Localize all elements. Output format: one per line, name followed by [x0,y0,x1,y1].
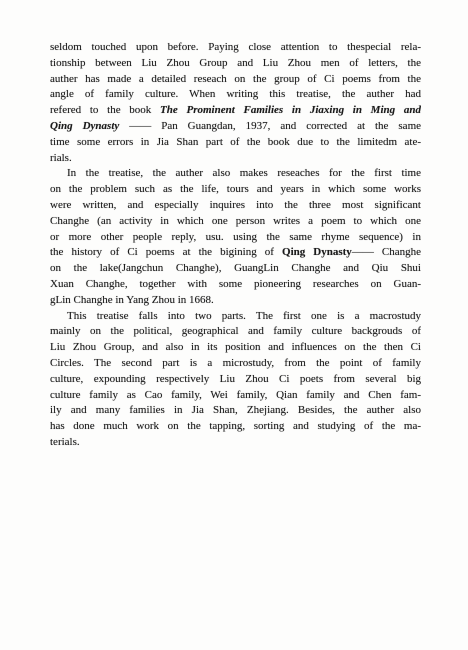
text-segment: the history of Ci poems at the bigining … [50,246,282,258]
text-segment: or more other people reply, usu. using t… [50,231,421,243]
text-line: culture, expounding respectively Liu Zho… [50,372,421,388]
text-segment: terials. [50,436,80,448]
text-segment: ily and many families in Jia Shan, Zheji… [50,404,421,416]
text-line: ily and many families in Jia Shan, Zheji… [50,403,421,419]
text-segment: Liu Zhou Group, and also in its position… [50,341,421,353]
text-segment: Xuan Changhe, together with some pioneer… [50,278,421,290]
text-line: or more other people reply, usu. using t… [50,230,421,246]
paragraph-3: This treatise falls into two parts. The … [50,309,421,451]
text-line: This treatise falls into two parts. The … [50,309,421,325]
book-title-emphasis: The Prominent Families in Jiaxing in Min… [160,104,421,116]
text-segment: time some errors in Jia Shan part of the… [50,136,421,148]
text-line: gLin Changhe in Yang Zhou in 1668. [50,293,421,309]
text-segment: on the lake(Jangchun Changhe), GuangLin … [50,262,421,274]
text-line: angle of family culture. When writing th… [50,87,421,103]
text-line: tionship between Liu Zhou Group and Liu … [50,56,421,72]
text-segment: auther has made a detailed reseach on th… [50,73,421,85]
text-segment: angle of family culture. When writing th… [50,88,421,100]
text-segment: culture, expounding respectively Liu Zho… [50,373,421,385]
text-segment: —— Changhe [352,246,421,258]
text-line: on the lake(Jangchun Changhe), GuangLin … [50,261,421,277]
text-line: terials. [50,435,421,451]
text-line: refered to the book The Prominent Famili… [50,103,421,119]
text-line: the history of Ci poems at the bigining … [50,245,421,261]
text-line: Changhe (an activity in which one person… [50,214,421,230]
text-line: Qing Dynasty —— Pan Guangdan, 1937, and … [50,119,421,135]
bold-text: Qing Dynasty [282,246,352,258]
text-segment: tionship between Liu Zhou Group and Liu … [50,57,421,69]
text-segment: were written, and especially inquires in… [50,199,421,211]
text-segment: culture family as Cao family, Wei family… [50,389,421,401]
abstract-text: seldom touched upon before. Paying close… [50,40,421,451]
text-line: seldom touched upon before. Paying close… [50,40,421,56]
text-line: on the problem such as the life, tours a… [50,182,421,198]
text-line: has done much work on the tapping, sorti… [50,419,421,435]
text-line: In the treatise, the auther also makes r… [50,166,421,182]
text-segment: mainly on the political, geographical an… [50,325,421,337]
text-line: Circles. The second part is a microstudy… [50,356,421,372]
text-segment: —— Pan Guangdan, 1937, and corrected at … [119,120,421,132]
text-segment: rials. [50,152,72,164]
text-line: culture family as Cao family, Wei family… [50,388,421,404]
text-segment: refered to the book [50,104,160,116]
paragraph-1: seldom touched upon before. Paying close… [50,40,421,166]
text-line: Xuan Changhe, together with some pioneer… [50,277,421,293]
text-line: mainly on the political, geographical an… [50,324,421,340]
text-line: auther has made a detailed reseach on th… [50,72,421,88]
text-segment: Circles. The second part is a microstudy… [50,357,421,369]
text-segment: In the treatise, the auther also makes r… [67,167,421,179]
text-line: were written, and especially inquires in… [50,198,421,214]
text-segment: gLin Changhe in Yang Zhou in 1668. [50,294,214,306]
text-segment: has done much work on the tapping, sorti… [50,420,421,432]
book-title-emphasis: Qing Dynasty [50,120,119,132]
text-line: rials. [50,151,421,167]
text-line: Liu Zhou Group, and also in its position… [50,340,421,356]
text-segment: Changhe (an activity in which one person… [50,215,421,227]
scanned-page: seldom touched upon before. Paying close… [0,0,468,650]
paragraph-2: In the treatise, the auther also makes r… [50,166,421,308]
text-segment: This treatise falls into two parts. The … [67,310,421,322]
text-line: time some errors in Jia Shan part of the… [50,135,421,151]
text-segment: on the problem such as the life, tours a… [50,183,421,195]
text-segment: seldom touched upon before. Paying close… [50,41,421,53]
